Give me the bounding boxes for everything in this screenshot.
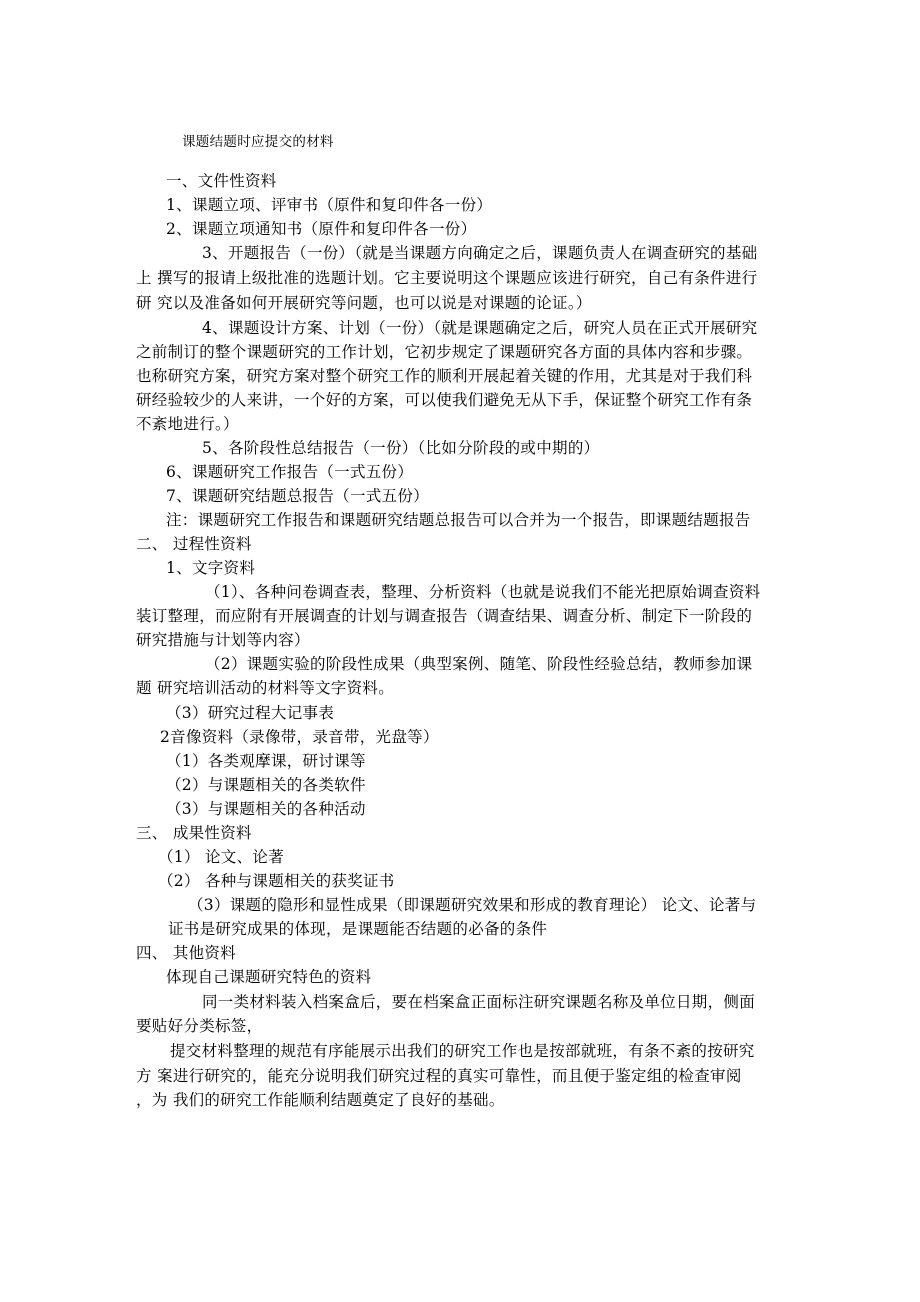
paragraph-line: 也称研究方案，研究方案对整个研究工作的顺利开展起着关键的作用，尤其是对于我们科 <box>136 366 752 386</box>
section-heading-4: 四、 其他资料 <box>136 943 236 963</box>
paragraph-line: 之前制订的整个课题研究的工作计划，它初步规定了课题研究各方面的具体内容和步骤。 <box>136 342 752 362</box>
section-heading-1: 一、文件性资料 <box>166 171 277 191</box>
list-item: 2、课题立项通知书（原件和复印件各一份） <box>166 219 476 239</box>
subsection-heading: 1、文字资料 <box>166 558 255 578</box>
list-item: （2）与课题相关的各类软件 <box>166 775 366 795</box>
section-heading-3: 三、 成果性资料 <box>136 823 252 843</box>
subsection-heading: 2音像资料（录像带，录音带，光盘等） <box>160 727 439 747</box>
list-item: （1） 论文、论著 <box>158 847 284 867</box>
document-title: 课题结题时应提交的材料 <box>182 132 334 152</box>
paragraph-line: 要贴好分类标签， <box>136 1016 262 1036</box>
list-item: 7、课题研究结题总报告（一式五份） <box>166 486 429 506</box>
paragraph-line: 体现自己课题研究特色的资料 <box>166 967 371 987</box>
paragraph-line: 研 究以及准备如何开展研究等问题，也可以说是对课题的论证。） <box>136 293 592 313</box>
paragraph-line: 装订整理，而应附有开展调查的计划与调查报告（调查结果、调查分析、制定下一阶段的 <box>136 606 752 626</box>
paragraph-line: 研经验较少的人来讲，一个好的方案，可以使我们避免无从下手，保证整个研究工作有条 <box>136 390 752 410</box>
paragraph-line: 3、开题报告（一份）（就是当课题方向确定之后，课题负责人在调查研究的基础 <box>202 243 757 263</box>
paragraph-line: ，为 我们的研究工作能顺利结题奠定了良好的基础。 <box>136 1090 505 1110</box>
paragraph-line: 同一类材料装入档案盒后，要在档案盒正面标注研究课题名称及单位日期，侧面 <box>202 992 755 1012</box>
list-item: （1）各类观摩课，研讨课等 <box>166 751 366 771</box>
list-item: （2） 各种与课题相关的获奖证书 <box>158 871 395 891</box>
note-line: 注：课题研究工作报告和课题研究结题总报告可以合并为一个报告，即课题结题报告 <box>166 510 751 530</box>
paragraph-line: 方 案进行研究的，能充分说明我们研究过程的真实可靠性，而且便于鉴定组的检查审阅 <box>136 1066 742 1086</box>
paragraph-line: 提交材料整理的规范有序能展示出我们的研究工作也是按部就班，有条不紊的按研究 <box>170 1041 755 1061</box>
paragraph-line: 证书是研究成果的体现，是课题能否结题的必备的条件 <box>168 919 547 939</box>
list-item: （3）研究过程大记事表 <box>166 703 334 723</box>
list-item: 1、课题立项、评审书（原件和复印件各一份） <box>166 195 492 215</box>
list-item: 6、课题研究工作报告（一式五份） <box>166 462 413 482</box>
paragraph-line: 题 研究培训活动的材料等文字资料。 <box>136 678 394 698</box>
list-item: （3）与课题相关的各种活动 <box>166 799 366 819</box>
section-heading-2: 二、 过程性资料 <box>136 534 252 554</box>
paragraph-line: 4、课题设计方案、计划（一份）（就是课题确定之后，研究人员在正式开展研究 <box>202 318 757 338</box>
paragraph-line: （3）课题的隐形和显性成果（即课题研究效果和形成的教育理论） 论文、论著与 <box>188 895 756 915</box>
paragraph-line: 上 撰写的报请上级批准的选题计划。它主要说明这个课题应该进行研究，自己有条件进行 <box>136 268 757 288</box>
paragraph-line: （1）、各种问卷调查表，整理、分析资料（也就是说我们不能光把原始调查资料 <box>205 582 760 602</box>
paragraph-line: （2）课题实验的阶段性成果（典型案例、随笔、阶段性经验总结，教师参加课 <box>205 654 752 674</box>
list-item: 5、各阶段性总结报告（一份）（比如分阶段的或中期的） <box>202 438 599 458</box>
paragraph-line: 不紊地进行。） <box>136 414 239 434</box>
paragraph-line: 研究措施与计划等内容） <box>136 630 310 650</box>
document-page: 课题结题时应提交的材料 一、文件性资料 1、课题立项、评审书（原件和复印件各一份… <box>0 0 920 1302</box>
